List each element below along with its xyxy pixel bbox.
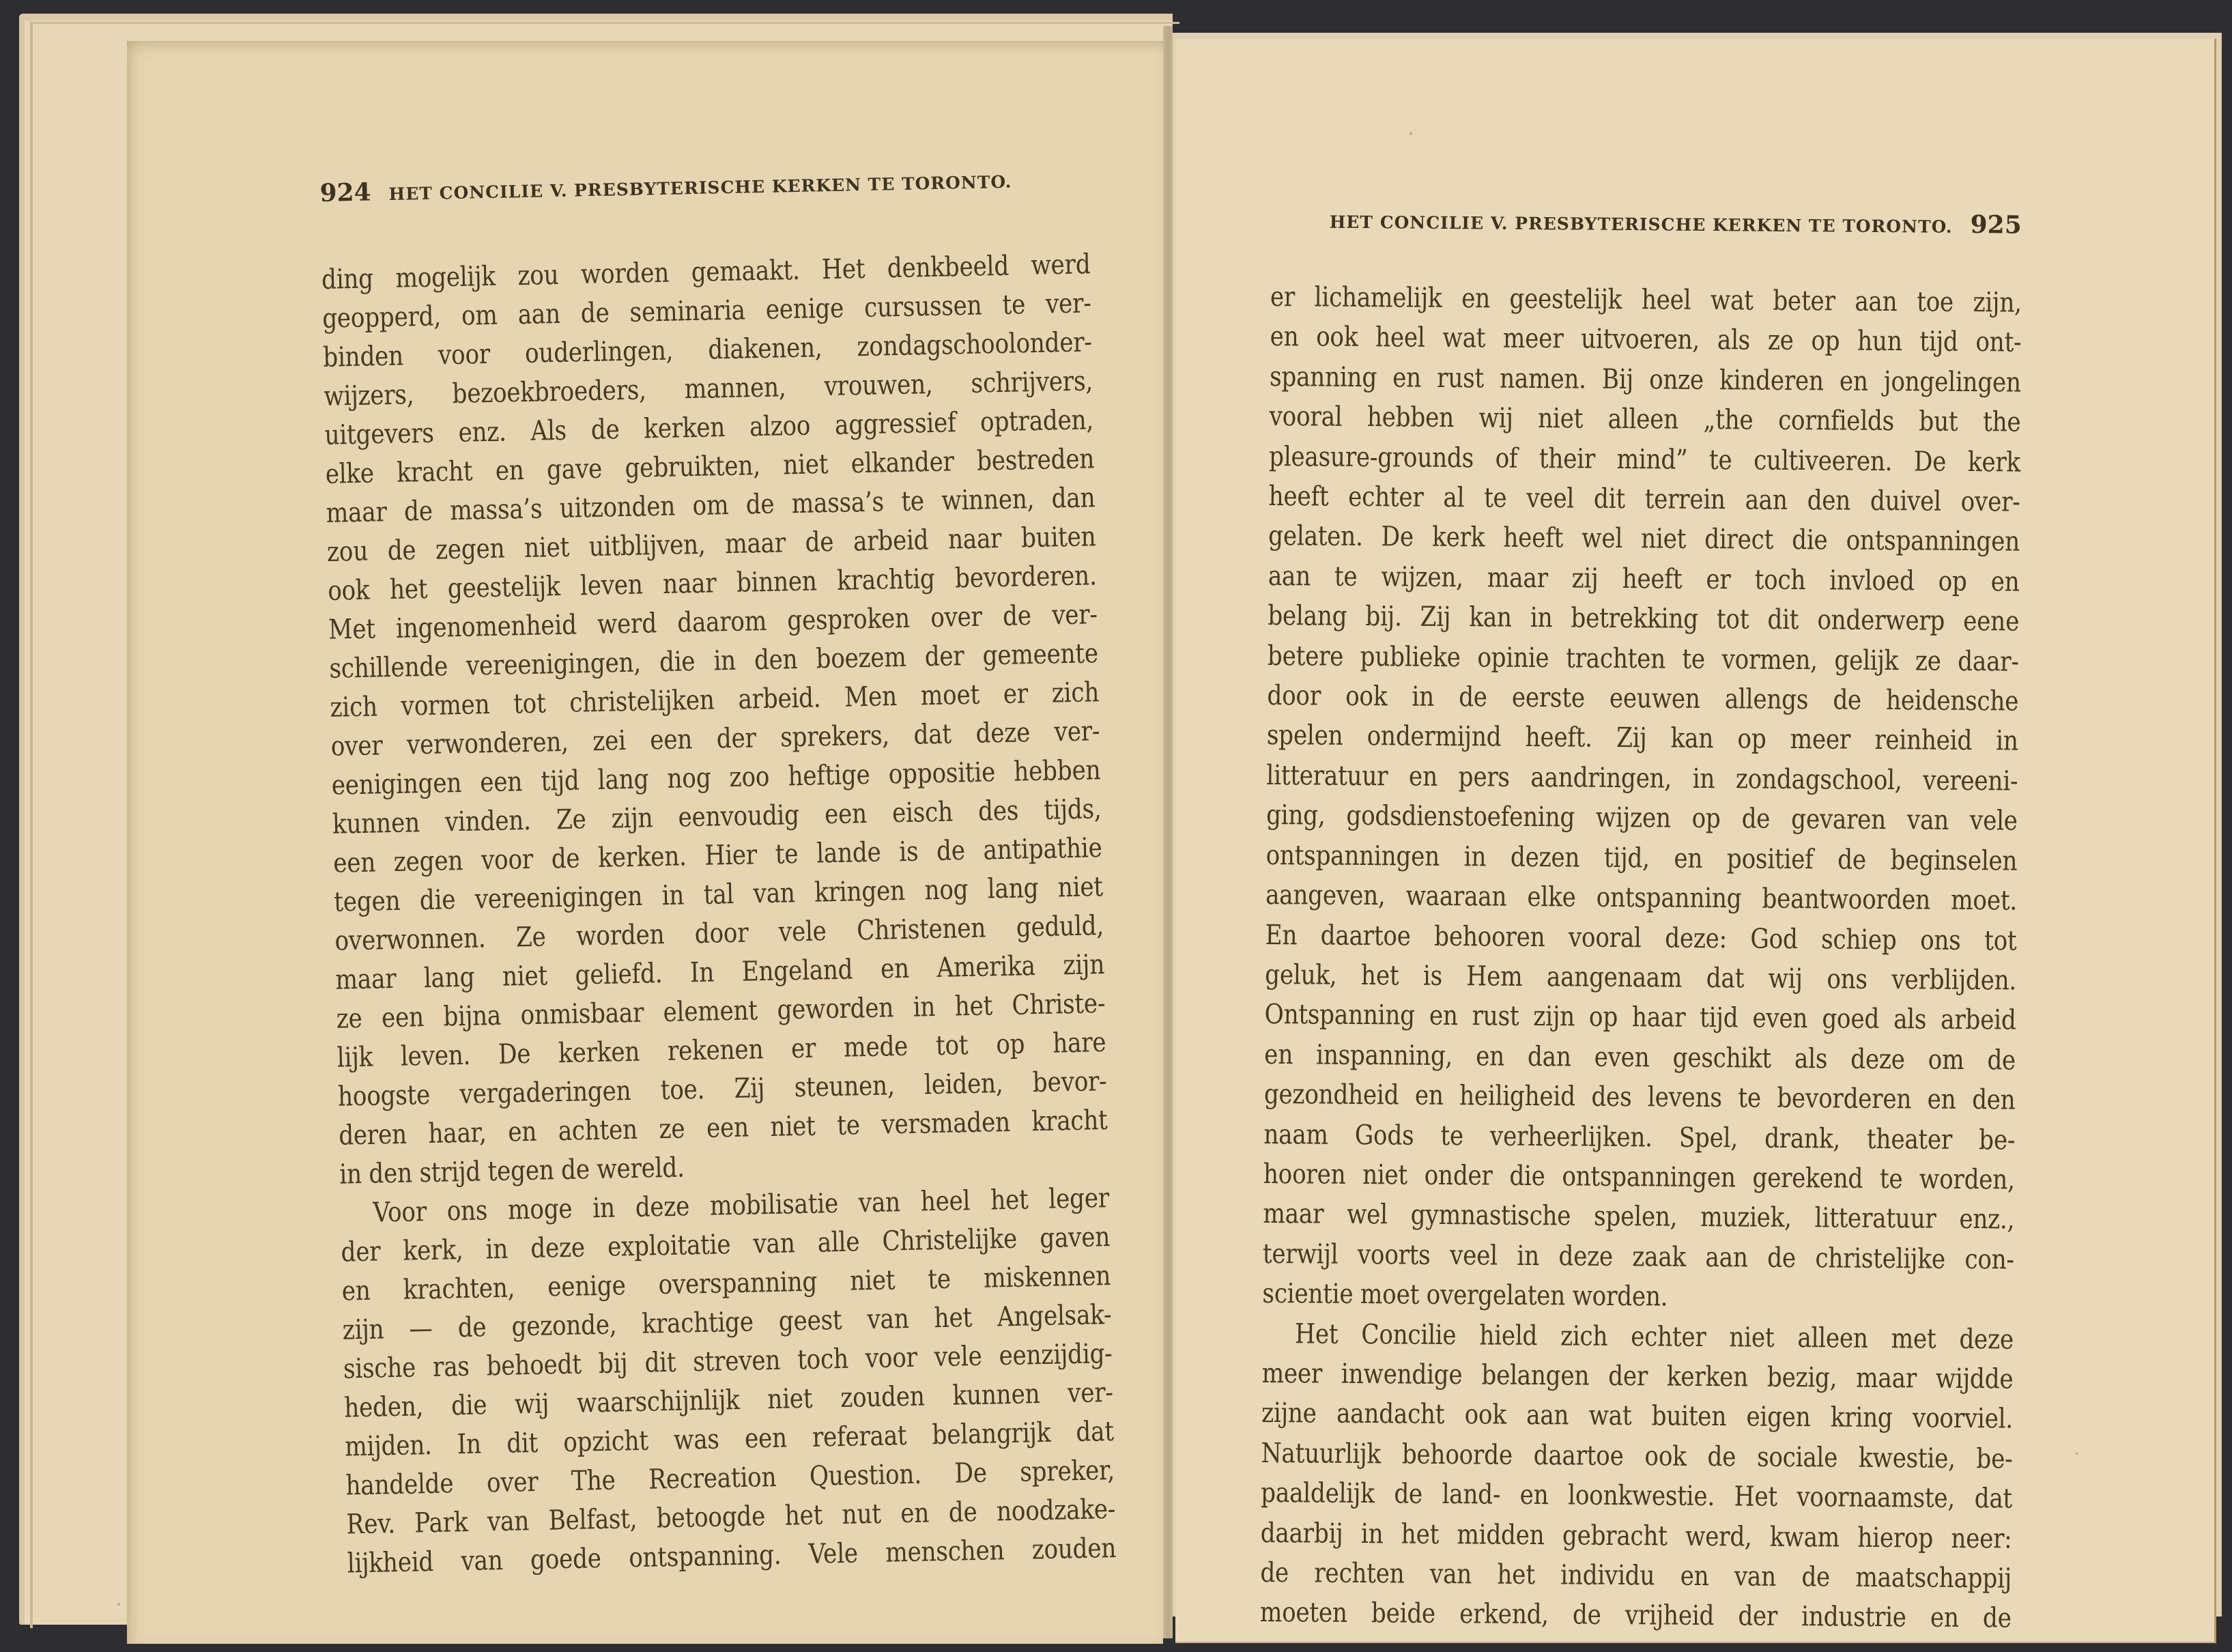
text-line: ging, godsdienstoefening wijzen op de ge… bbox=[1266, 795, 2018, 841]
text-line: En daartoe behooren vooral deze: God sch… bbox=[1265, 915, 2016, 960]
running-head-title-left: HET CONCILIE V. PRESBYTERISCHE KERKEN TE… bbox=[388, 172, 1012, 204]
text-line: Natuurlijk behoorde daartoe ook de socia… bbox=[1261, 1434, 2012, 1479]
text-line: gelaten. De kerk heeft wel niet direct d… bbox=[1268, 516, 2020, 562]
text-line: naam Gods te verheerlijken. Spel, drank,… bbox=[1263, 1114, 2015, 1160]
text-line: betere publieke opinie trachten te vorme… bbox=[1268, 636, 2019, 682]
text-line-paragraph-start: Het Concilie hield zich echter niet alle… bbox=[1262, 1314, 2014, 1360]
text-line: en ook heel wat meer uitvoeren, als ze o… bbox=[1270, 317, 2021, 362]
left-body-text: ding mogelijk zou worden gemaakt. Het de… bbox=[321, 243, 1242, 1584]
text-line: en inspanning, en dan even geschikt als … bbox=[1264, 1035, 2016, 1081]
text-line: terwijl voorts veel in deze zaak aan de … bbox=[1263, 1234, 2014, 1280]
text-line: aangeven, waaraan elke ontspanning beant… bbox=[1265, 875, 2017, 921]
text-line: door ook in de eerste eeuwen allengs de … bbox=[1267, 676, 2018, 722]
text-line: gezondheid en heiligheid des levens te b… bbox=[1264, 1074, 2016, 1120]
text-line: geluk, het is Hem aangenaam dat wij ons … bbox=[1265, 955, 2016, 1001]
text-line: daarbij in het midden gebracht werd, kwa… bbox=[1260, 1513, 2012, 1559]
text-line: ontspanningen in dezen tijd, en positief… bbox=[1265, 836, 2017, 881]
text-line: de rechten van het individu en van de ma… bbox=[1260, 1553, 2012, 1599]
text-line: pleasure-grounds of their mind” te culti… bbox=[1269, 437, 2020, 483]
text-line: er lichamelijk en geestelijk heel wat be… bbox=[1270, 277, 2022, 323]
right-page-content: HET CONCILIE V. PRESBYTERISCHE KERKEN TE… bbox=[1260, 205, 2145, 1640]
text-line: meer inwendige belangen der kerken bezig… bbox=[1261, 1354, 2013, 1399]
text-line: moeten beide erkend, de vrijheid der ind… bbox=[1260, 1593, 2012, 1638]
paper-speck bbox=[117, 1603, 120, 1606]
text-line: vooral hebben wij niet alleen „the cornf… bbox=[1269, 397, 2020, 442]
text-line: paaldelijk de land- en loonkwestie. Het … bbox=[1261, 1473, 2012, 1519]
page-number-right: 925 bbox=[1970, 210, 2021, 240]
page-number-left: 924 bbox=[319, 177, 371, 207]
text-line: litteratuur en pers aandringen, in zonda… bbox=[1266, 756, 2018, 801]
text-line: aan te wijzen, maar zij heeft er toch in… bbox=[1268, 556, 2019, 602]
text-line: hooren niet onder die ontspanningen gere… bbox=[1263, 1154, 2015, 1200]
left-page-content: 924HET CONCILIE V. PRESBYTERISCHE KERKEN… bbox=[319, 161, 1242, 1584]
text-line: maar wel gymnastische spelen, muziek, li… bbox=[1263, 1194, 2014, 1240]
running-head-right: HET CONCILIE V. PRESBYTERISCHE KERKEN TE… bbox=[1271, 205, 2022, 252]
text-line: spelen ondermijnd heeft. Zij kan op meer… bbox=[1267, 715, 2018, 761]
paper-speck bbox=[1410, 132, 1412, 135]
right-body-text: er lichamelijk en geestelijk heel wat be… bbox=[1260, 277, 2145, 1640]
text-line: spanning en rust namen. Bij onze kindere… bbox=[1270, 357, 2021, 403]
text-line: belang bij. Zij kan in betrekking tot di… bbox=[1268, 596, 2019, 642]
running-head-title-right: HET CONCILIE V. PRESBYTERISCHE KERKEN TE… bbox=[1330, 212, 1953, 237]
text-line-paragraph-end: scientie moet overgelaten worden. bbox=[1262, 1274, 2014, 1320]
text-line: Ontspanning en rust zijn op haar tijd ev… bbox=[1264, 995, 2016, 1040]
text-line: zijne aandacht ook aan wat buiten eigen … bbox=[1261, 1393, 2013, 1439]
text-line: heeft echter al te veel dit terrein aan … bbox=[1268, 476, 2020, 522]
